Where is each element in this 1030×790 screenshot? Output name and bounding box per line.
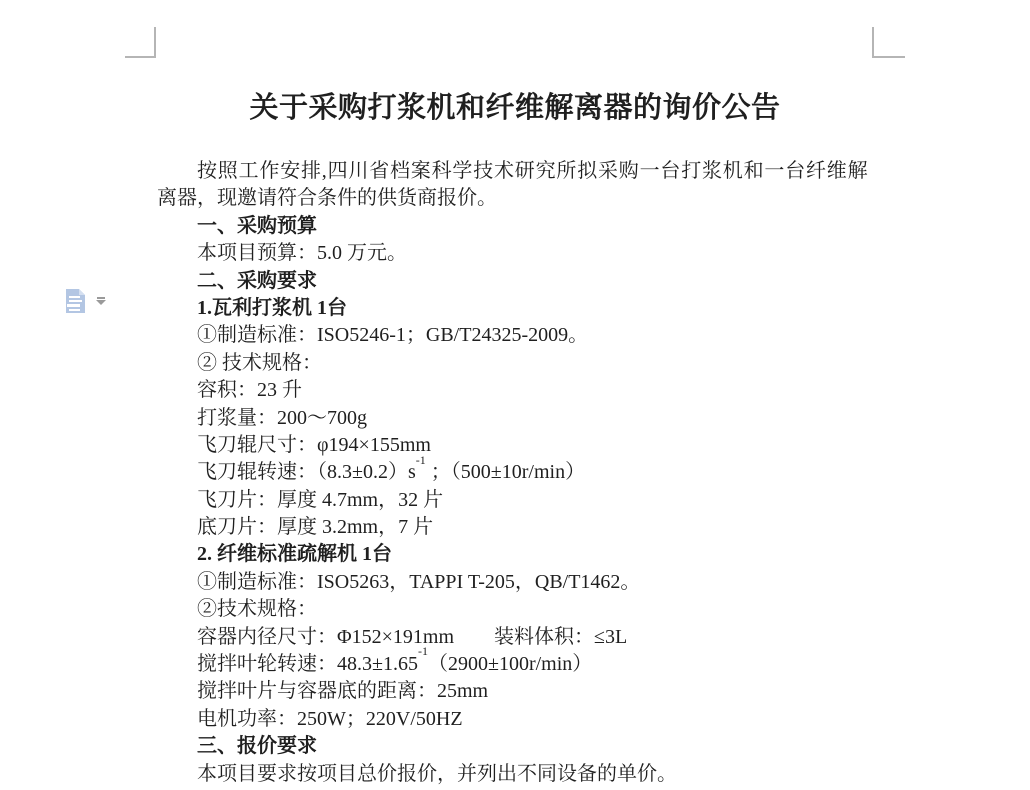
- disintegrator-motor-power-line: 电机功率：250W；220V/50HZ: [157, 706, 873, 733]
- page-corner-mark-top-right-vertical: [872, 27, 874, 58]
- beater-roller-size-line: 飞刀辊尺寸：φ194×155mm: [157, 432, 873, 459]
- dropdown-arrow-icon[interactable]: [96, 297, 106, 305]
- paste-options-widget[interactable]: [64, 286, 110, 318]
- page-corner-mark-top-right-horizontal: [872, 56, 905, 58]
- document-title: 关于采购打浆机和纤维解离器的询价公告: [157, 88, 873, 128]
- budget-amount-line: 本项目预算：5.0 万元。: [157, 240, 873, 267]
- beater-roller-speed-line: 飞刀辊转速：（8.3±0.2）s-1 ；（500±10r/min）: [157, 459, 873, 486]
- item-heading-disintegrator: 2. 纤维标准疏解机 1台: [157, 541, 873, 568]
- section-heading-requirements: 二、采购要求: [157, 268, 873, 295]
- page-corner-mark-top-left-horizontal: [125, 56, 156, 58]
- disintegrator-blade-distance-line: 搅拌叶片与容器底的距离：25mm: [157, 678, 873, 705]
- document-content: 关于采购打浆机和纤维解离器的询价公告 按照工作安排,四川省档案科学技术研究所拟采…: [157, 88, 873, 788]
- disintegrator-impeller-speed-line: 搅拌叶轮转速：48.3±1.65-1（2900±100r/min）: [157, 651, 873, 678]
- quotation-requirement-line: 本项目要求按项目总价报价，并列出不同设备的单价。: [157, 761, 873, 788]
- document-page: { "page": { "background": "#ffffff", "te…: [0, 0, 1030, 790]
- beater-standard-line: ①制造标准：ISO5246-1；GB/T24325-2009。: [157, 322, 873, 349]
- beater-bed-blade-line: 底刀片：厚度 3.2mm，7 片: [157, 514, 873, 541]
- beater-fly-blade-line: 飞刀片：厚度 4.7mm，32 片: [157, 487, 873, 514]
- paste-options-icon[interactable]: [64, 286, 88, 321]
- disintegrator-standard-line: ①制造标准：ISO5263，TAPPI T-205，QB/T1462。: [157, 569, 873, 596]
- disintegrator-spec-heading: ②技术规格：: [157, 596, 873, 623]
- beater-capacity-line: 打浆量：200～700g: [157, 405, 873, 432]
- beater-spec-heading: ② 技术规格：: [157, 350, 873, 377]
- page-corner-mark-top-left-vertical: [154, 27, 156, 58]
- beater-volume-line: 容积：23 升: [157, 377, 873, 404]
- superscript-minus-one: -1: [416, 453, 426, 467]
- intro-paragraph-line-2: 离器，现邀请符合条件的供货商报价。: [157, 185, 873, 212]
- item-heading-beater: 1.瓦利打浆机 1台: [157, 295, 873, 322]
- section-heading-budget: 一、采购预算: [157, 213, 873, 240]
- intro-paragraph-line-1: 按照工作安排,四川省档案科学技术研究所拟采购一台打浆机和一台纤维解: [157, 158, 873, 185]
- section-heading-quotation: 三、报价要求: [157, 733, 873, 760]
- superscript-minus-one: -1: [418, 644, 428, 658]
- disintegrator-container-line: 容器内径尺寸：Φ152×191mm 装料体积：≤3L: [157, 624, 873, 651]
